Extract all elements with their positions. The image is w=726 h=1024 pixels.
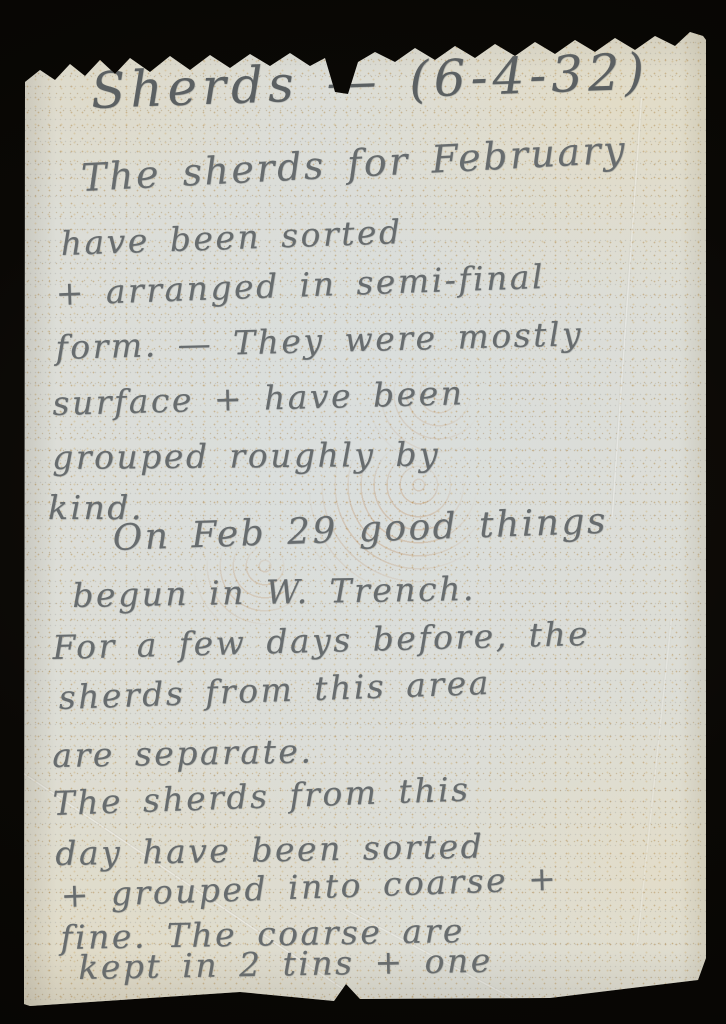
handwritten-line: kept in 2 tins + one xyxy=(78,941,493,987)
handwritten-line: The sherds for February xyxy=(80,127,628,200)
handwritten-line: The sherds from this xyxy=(52,769,471,823)
handwritten-line: + arranged in semi-final xyxy=(55,257,546,313)
handwritten-line: begun in W. Trench. xyxy=(72,569,476,615)
handwritten-line: sherds from this area xyxy=(58,663,491,717)
handwritten-line: On Feb 29 good things xyxy=(112,501,609,559)
scan-background: Sherds — (6-4-32) The sherds for Februar… xyxy=(0,0,726,1024)
handwritten-line: have been sorted xyxy=(60,212,403,263)
handwritten-line: grouped roughly by xyxy=(52,435,440,477)
handwritten-line: For a few days before, the xyxy=(52,614,591,667)
note-title: Sherds — (6-4-32) xyxy=(90,43,650,120)
handwritten-line: surface + have been xyxy=(52,373,465,423)
handwritten-line: are separate. xyxy=(52,731,314,775)
note-paper: Sherds — (6-4-32) The sherds for Februar… xyxy=(22,28,706,1008)
handwritten-line: form. — They were mostly xyxy=(55,314,584,367)
crease-line xyxy=(636,618,673,947)
